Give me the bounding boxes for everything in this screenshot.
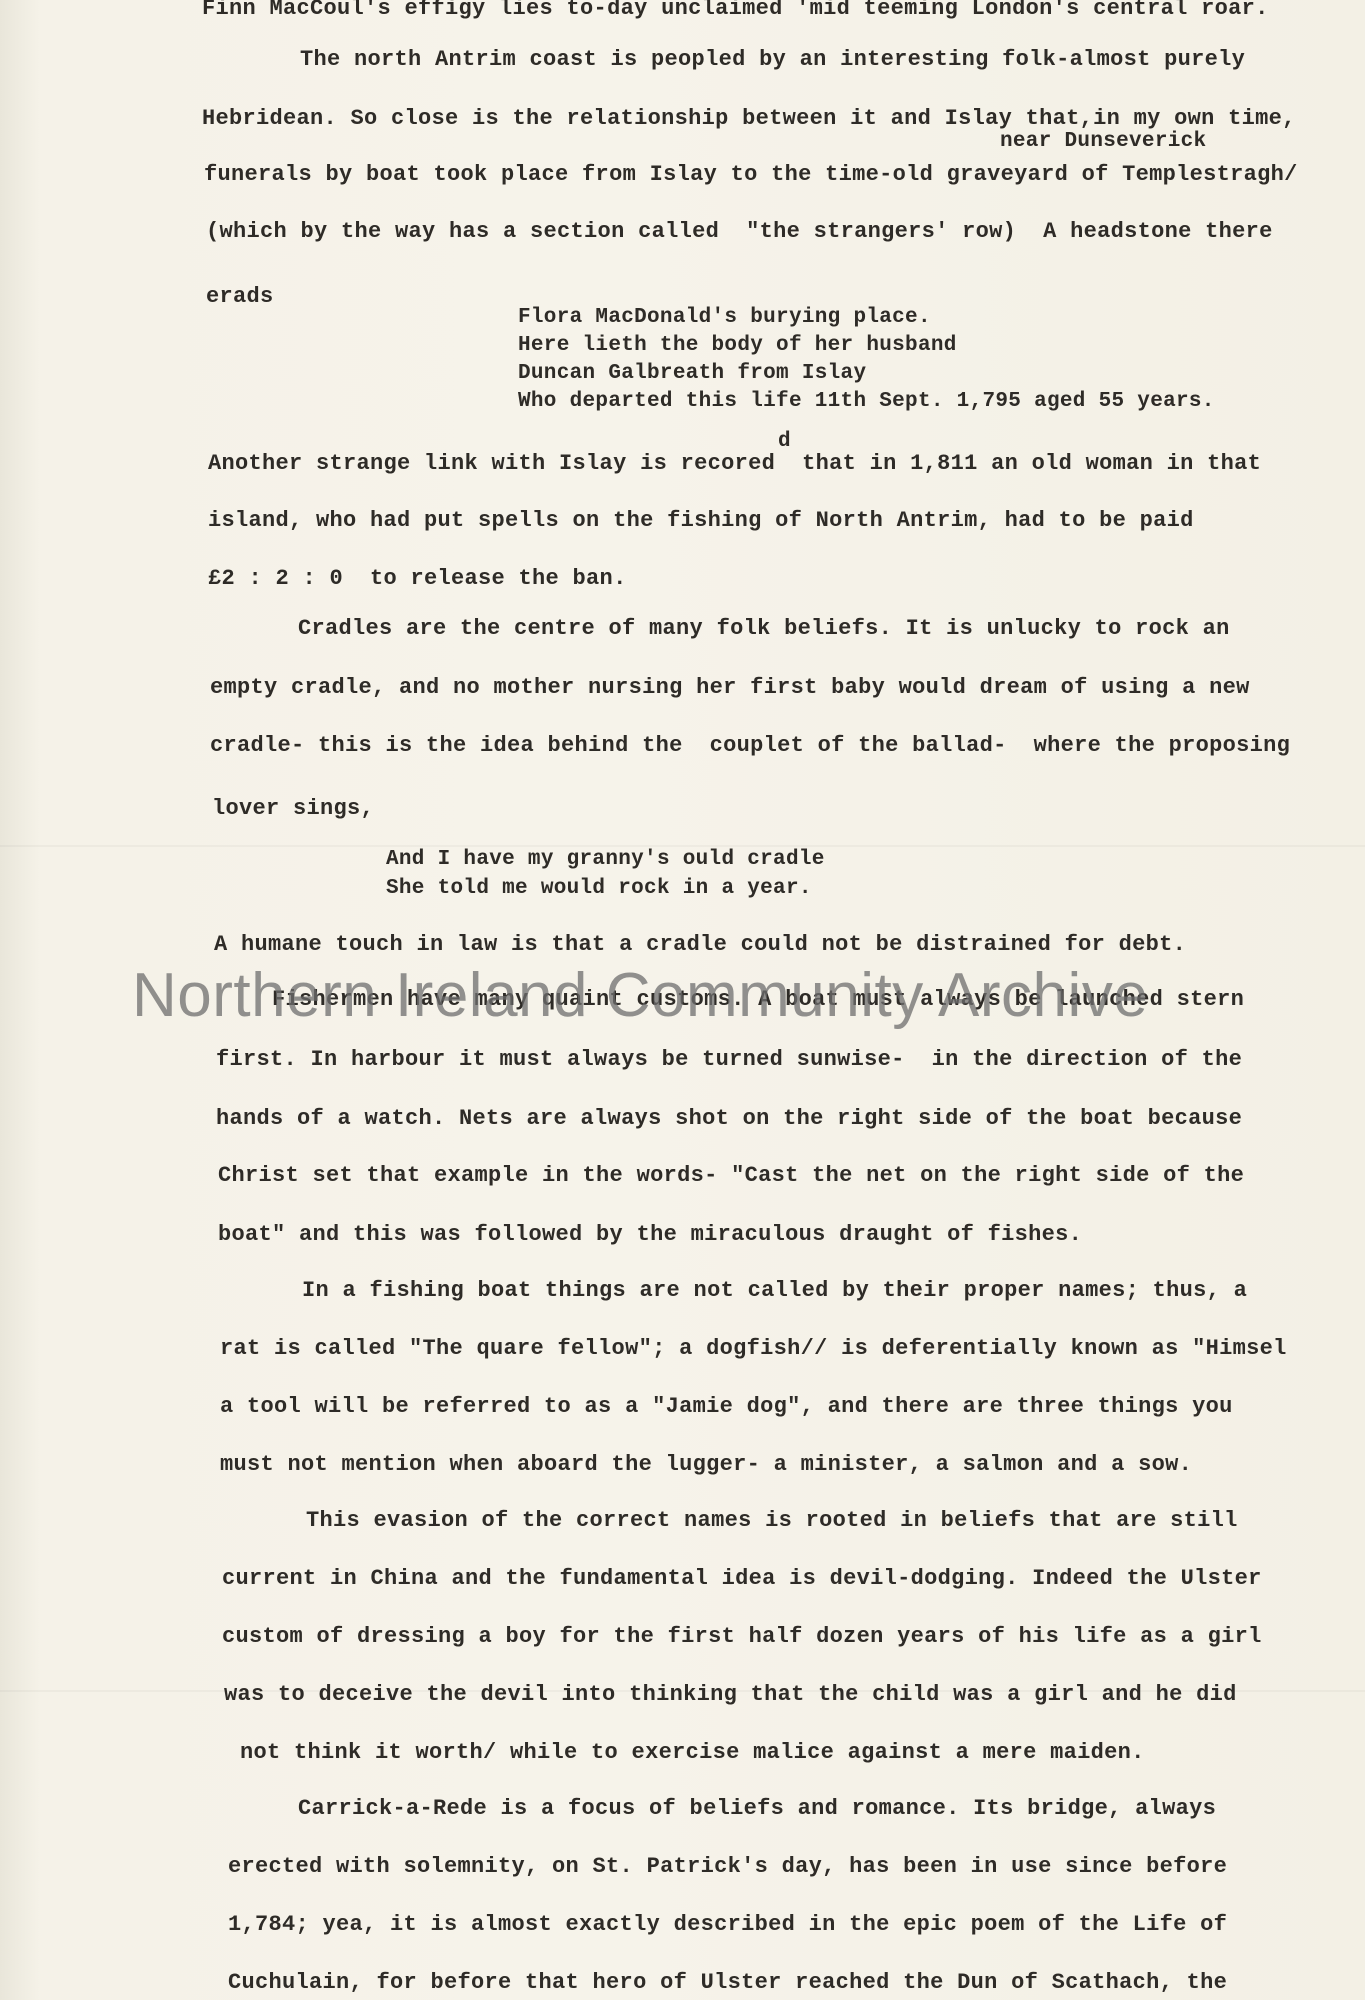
text-correction: d	[778, 430, 791, 453]
text-line: Hebridean. So close is the relationship …	[202, 106, 1296, 131]
text-line: Carrick-a-Rede is a focus of beliefs and…	[298, 1796, 1216, 1821]
text-line: Cradles are the centre of many folk beli…	[298, 616, 1230, 641]
text-line: hands of a watch. Nets are always shot o…	[216, 1106, 1242, 1131]
epitaph-line: Here lieth the body of her husband	[518, 334, 957, 357]
ballad-line: She told me would rock in a year.	[386, 877, 812, 900]
ballad-line: And I have my granny's ould cradle	[386, 848, 825, 871]
text-line: must not mention when aboard the lugger-…	[220, 1452, 1192, 1477]
text-line: cradle- this is the idea behind the coup…	[210, 733, 1290, 758]
text-line: not think it worth/ while to exercise ma…	[240, 1740, 1145, 1765]
text-line: Another strange link with Islay is recor…	[208, 451, 1261, 476]
text-line: (which by the way has a section called "…	[206, 219, 1273, 244]
text-line: funerals by boat took place from Islay t…	[204, 162, 1298, 187]
text-line: lover sings,	[212, 796, 374, 821]
typescript-page: Finn MacCoul's effigy lies to-day unclai…	[0, 0, 1365, 2000]
text-line: In a fishing boat things are not called …	[302, 1278, 1247, 1303]
text-line: current in China and the fundamental ide…	[222, 1566, 1262, 1591]
text-line: This evasion of the correct names is roo…	[306, 1508, 1238, 1533]
text-line: erads	[206, 284, 274, 309]
text-line: The north Antrim coast is peopled by an …	[300, 47, 1245, 72]
text-line: erected with solemnity, on St. Patrick's…	[228, 1854, 1227, 1879]
text-line: 1,784; yea, it is almost exactly describ…	[228, 1912, 1227, 1937]
text-line: empty cradle, and no mother nursing her …	[210, 675, 1250, 700]
epitaph-line: Who departed this life 11th Sept. 1,795 …	[518, 390, 1215, 413]
epitaph-line: Flora MacDonald's burying place.	[518, 306, 931, 329]
text-line: rat is called "The quare fellow"; a dogf…	[220, 1336, 1287, 1361]
epitaph-line: Duncan Galbreath from Islay	[518, 362, 866, 385]
paper-fold	[0, 845, 1365, 847]
text-line: was to deceive the devil into thinking t…	[224, 1682, 1237, 1707]
watermark: Northern Ireland Community Archive	[132, 960, 1148, 1031]
text-line: boat" and this was followed by the mirac…	[218, 1222, 1082, 1247]
text-line: first. In harbour it must always be turn…	[216, 1047, 1242, 1072]
text-line: Finn MacCoul's effigy lies to-day unclai…	[202, 0, 1269, 21]
text-line: Christ set that example in the words- "C…	[218, 1163, 1244, 1188]
text-insertion: near Dunseverick	[1000, 130, 1206, 153]
text-line: A humane touch in law is that a cradle c…	[214, 932, 1186, 957]
text-line: custom of dressing a boy for the first h…	[222, 1624, 1262, 1649]
text-line: a tool will be referred to as a "Jamie d…	[220, 1394, 1233, 1419]
text-line: Cuchulain, for before that hero of Ulste…	[228, 1970, 1227, 1995]
text-line: island, who had put spells on the fishin…	[208, 508, 1194, 533]
text-line: £2 : 2 : 0 to release the ban.	[208, 566, 627, 591]
